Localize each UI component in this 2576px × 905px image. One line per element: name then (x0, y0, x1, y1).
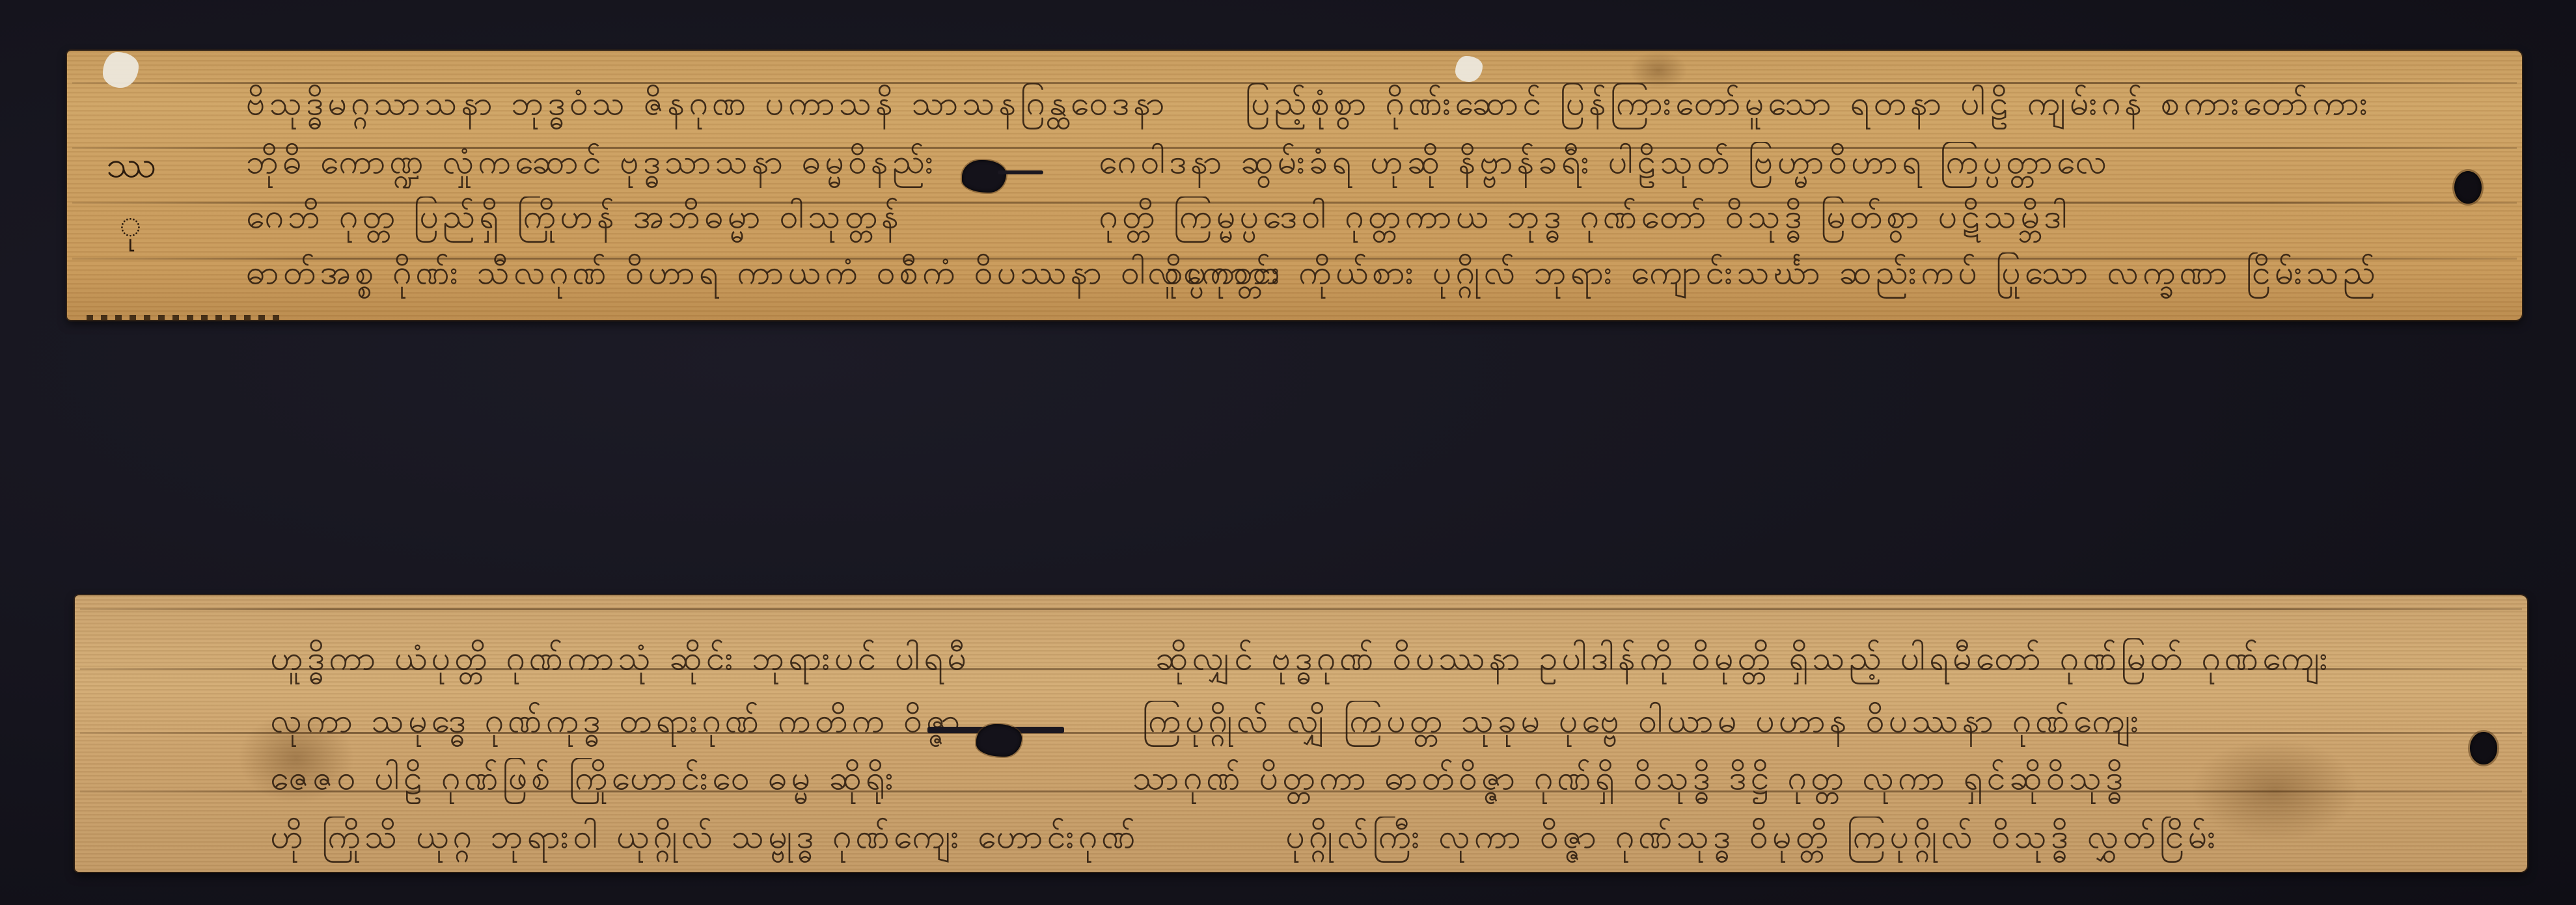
text-line-1-left: ဗိသုဒ္ဓိမဂ္ဂသာသနာ ဘုဒ္ဓဝံသ ဇိနဂုဏ ပကာသနိ… (246, 82, 1169, 131)
hole-crack (998, 170, 1043, 174)
text-line-3-left: ဇေဇဝ ပါဠိ ဂုဏ်ဖြစ် ကြိုဟောင်းဝေ ဓမ္မ ဆို… (270, 757, 897, 806)
text-line-4-left: ဓာတ်အစ္စ ဂိုဏ်း သီလဂုဏ် ဝိဟာရ ကာယကံ ဝစီက… (246, 251, 1284, 301)
text-line-1-right: ဆိုလျှင် ဗုဒ္ဓဂုဏ် ဝိပဿနာ ဥပါဒါန်ကို ဝိမ… (1155, 637, 2332, 686)
text-line-2-right: ကြပုဂ္ဂိုလ် လျှိ ကြပတ္တ သုခုမ ပုဗ္ဗေ ဝါယ… (1142, 699, 2143, 749)
text-line-3-right: ဂုတ္တိ ကြမ္မပ္ပဒေဝါ ဂုတ္တကာယ ဘုဒ္ဓ ဂုဏ်တ… (1099, 195, 2071, 245)
folio-mark: ု (119, 200, 142, 254)
string-hole-right (2470, 732, 2497, 764)
text-line-1-right: ပြည့်စုံစွာ ဂိုဏ်းဆောင် ပြန်ကြားတော်မူသေ… (1245, 82, 2372, 131)
text-line-3-right: သာဂုဏ် ပိတ္တကာ ဓာတ်ဝိဇ္ဇာ ဂုဏ်ရှိ ဝိသုဒ္… (1132, 757, 2127, 806)
damage-spot (1455, 56, 1483, 82)
text-line-1-left: ဟူဒ္ဓိကာ ယံပုတ္တိ ဂုဏ်ကာသုံ ဆိုင်း ဘုရား… (270, 637, 970, 686)
text-line-4-left: ဟို ကြိုသိ ယုဂ္ဂ ဘုရားဝါ ယုဂ္ဂိုလ် သမ္ဗု… (270, 815, 1140, 865)
ruling-line (80, 608, 2522, 610)
string-hole-left (962, 160, 1006, 193)
text-line-2-right: ဂေဝါဒနာ ဆွမ်းခံရ ဟုဆို နိဗ္ဗာန်ခရီး ပါဠိ… (1099, 141, 2111, 190)
string-hole-left (976, 724, 1022, 757)
palm-leaf-top: ဿ ု ဗိသုဒ္ဓိမဂ္ဂသာသနာ ဘုဒ္ဓဝံသ ဇိနဂုဏ ပက… (67, 51, 2522, 320)
text-line-3-left: ဂေဘိ ဂုတ္တ ပြည်ရှိ ကြိုဟန် အဘိဓမ္မာ ဝါသု… (246, 195, 903, 245)
text-line-2-left: လုကာ သမုဒ္ဓေ ဂုဏ်ကုဒ္ဓ တရားဂုဏ် ကတိက ဝိဇ… (270, 699, 964, 749)
edge-wear (87, 315, 282, 320)
folio-mark: ဿ (106, 142, 156, 195)
palm-leaf-bottom: ဟူဒ္ဓိကာ ယံပုတ္တိ ဂုဏ်ကာသုံ ဆိုင်း ဘုရား… (75, 595, 2527, 872)
string-hole-right (2454, 171, 2482, 204)
text-line-4-right: လူကောင်း ကိုယ်စား ပုဂ္ဂိုလ် ဘုရား ကျောင်… (1147, 251, 2379, 301)
text-line-4-right: ပုဂ္ဂိုလ်ကြီး လုကာ ဝိဇ္ဇာ ဂုဏ်သုဒ္ဓ ဝိမု… (1285, 815, 2219, 865)
text-line-2-left: ဘိုဓိ ကောဏ္ဍ လှုံကဆောင် ဗုဒ္ဓသာသနာ ဓမ္မဝ… (246, 141, 937, 190)
